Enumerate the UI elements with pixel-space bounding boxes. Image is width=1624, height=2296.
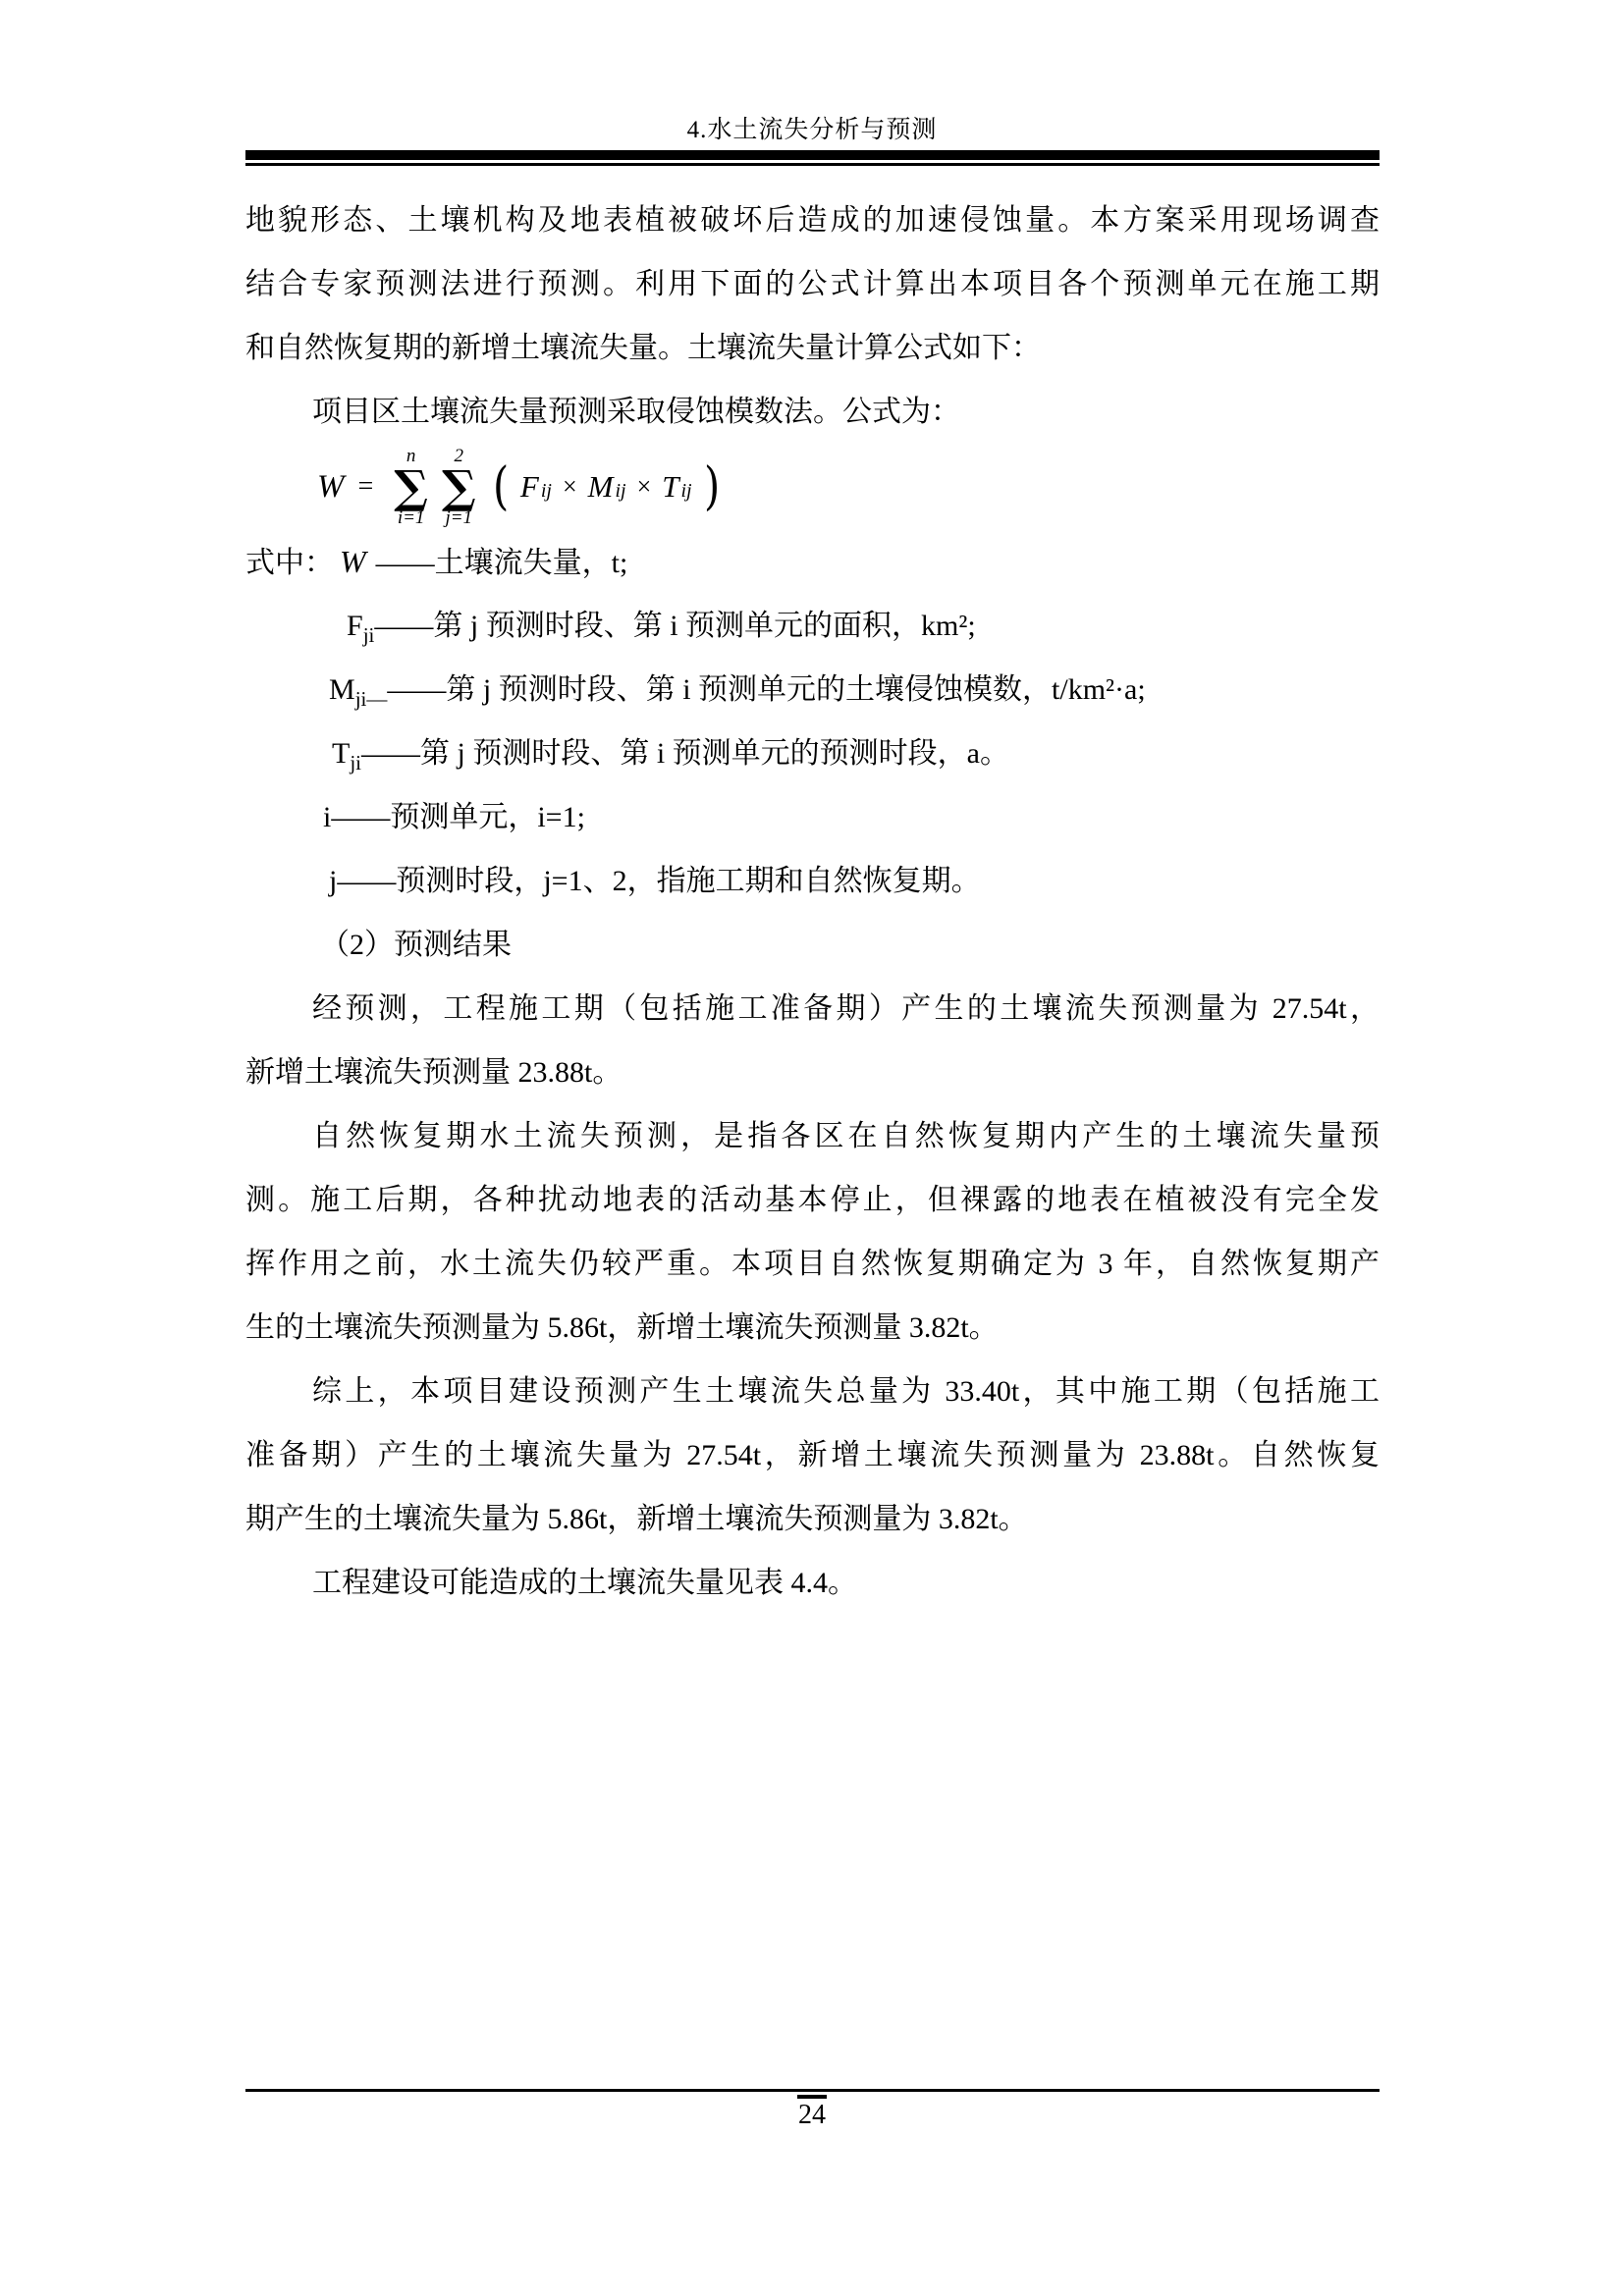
- para4-line2: 测。施工后期，各种扰动地表的活动基本停止，但裸露的地表在植被没有完全发: [245, 1168, 1380, 1232]
- formula-lhs: W: [317, 469, 345, 506]
- para5-line1: 综上，本项目建设预测产生土壤流失总量为 33.40t，其中施工期（包括施工: [245, 1360, 1380, 1423]
- para6-line1: 工程建设可能造成的土壤流失量见表 4.4。: [245, 1551, 1380, 1615]
- def-F-symbol: F: [347, 610, 363, 642]
- para4-line1: 自然恢复期水土流失预测，是指各区在自然恢复期内产生的土壤流失量预: [245, 1104, 1380, 1168]
- document-page: 4.水土流失分析与预测 地貌形态、土壤机构及地表植被破坏后造成的加速侵蚀量。本方…: [0, 0, 1624, 2296]
- def-j-line: j——预测时段，j=1、2，指施工期和自然恢复期。: [245, 849, 1380, 913]
- def-M-text: ——第 j 预测时段、第 i 预测单元的土壤侵蚀模数，t/km²·a;: [387, 673, 1145, 706]
- formula-term-T: Tij: [662, 469, 691, 505]
- document-body: 地貌形态、土壤机构及地表植被破坏后造成的加速侵蚀量。本方案采用现场调查 结合专家…: [245, 188, 1380, 1615]
- header-rule-thick: [245, 150, 1380, 160]
- where-rest: ——土壤流失量，t;: [376, 547, 628, 579]
- def-T-subscript: ji: [350, 751, 361, 774]
- multiply-sign: ×: [563, 472, 577, 502]
- para3-line2: 新增土壤流失预测量 23.88t。: [245, 1041, 1380, 1104]
- footer-rule: [245, 2089, 1380, 2092]
- para4-line3: 挥作用之前，水土流失仍较严重。本项目自然恢复期确定为 3 年，自然恢复期产: [245, 1232, 1380, 1296]
- where-variable: W: [340, 544, 366, 579]
- sum-lower-limit: j=1: [445, 508, 472, 527]
- def-M-subscript: ji—: [355, 687, 388, 711]
- header-rule-thin: [245, 163, 1380, 166]
- sum-over-i: n ∑ i=1: [394, 447, 428, 527]
- open-paren: (: [493, 461, 509, 512]
- formula-equals: =: [358, 471, 374, 503]
- where-line: 式中：W——土壤流失量，t;: [245, 530, 1380, 594]
- sum-lower-limit: i=1: [398, 508, 425, 527]
- para2-line1: 项目区土壤流失量预测采取侵蚀模数法。公式为：: [245, 380, 1380, 444]
- multiply-sign: ×: [637, 472, 652, 502]
- def-M-line: Mji———第 j 预测时段、第 i 预测单元的土壤侵蚀模数，t/km²·a;: [245, 658, 1380, 721]
- def-i-line: i——预测单元，i=1;: [245, 785, 1380, 849]
- para3-line1: 经预测，工程施工期（包括施工准备期）产生的土壤流失预测量为 27.54t，: [245, 977, 1380, 1041]
- para1-line3: 和自然恢复期的新增土壤流失量。土壤流失量计算公式如下：: [245, 316, 1380, 380]
- def-F-subscript: ji: [363, 623, 375, 647]
- close-paren: ): [704, 461, 720, 512]
- header-title: 4.水土流失分析与预测: [0, 116, 1624, 145]
- para4-line4: 生的土壤流失预测量为 5.86t，新增土壤流失预测量 3.82t。: [245, 1296, 1380, 1360]
- def-T-line: Tji——第 j 预测时段、第 i 预测单元的预测时段，a。: [245, 721, 1380, 785]
- section2-heading: （2）预测结果: [245, 913, 1380, 977]
- formula-term-F: Fij: [520, 469, 552, 505]
- def-F-text: ——第 j 预测时段、第 i 预测单元的面积，km²;: [374, 610, 975, 642]
- def-F-line: Fji——第 j 预测时段、第 i 预测单元的面积，km²;: [245, 594, 1380, 658]
- where-prefix: 式中：: [245, 547, 334, 579]
- page-number: 24: [0, 2099, 1624, 2132]
- def-T-text: ——第 j 预测时段、第 i 预测单元的预测时段，a。: [361, 737, 1009, 770]
- para5-line3: 期产生的土壤流失量为 5.86t，新增土壤流失预测量为 3.82t。: [245, 1487, 1380, 1551]
- para5-line2: 准备期）产生的土壤流失量为 27.54t，新增土壤流失预测量为 23.88t。自…: [245, 1423, 1380, 1487]
- sigma-icon: ∑: [442, 465, 476, 508]
- sum-over-j: 2 ∑ j=1: [442, 447, 476, 527]
- def-M-symbol: M: [329, 673, 355, 706]
- para1-line2: 结合专家预测法进行预测。利用下面的公式计算出本项目各个预测单元在施工期: [245, 252, 1380, 316]
- def-T-symbol: T: [332, 737, 350, 770]
- formula: W = n ∑ i=1 2 ∑ j=1 ( Fij × Mij × Tij ): [245, 444, 1380, 530]
- sigma-icon: ∑: [394, 465, 428, 508]
- para1-line1: 地貌形态、土壤机构及地表植被破坏后造成的加速侵蚀量。本方案采用现场调查: [245, 188, 1380, 252]
- formula-term-M: Mij: [588, 469, 626, 505]
